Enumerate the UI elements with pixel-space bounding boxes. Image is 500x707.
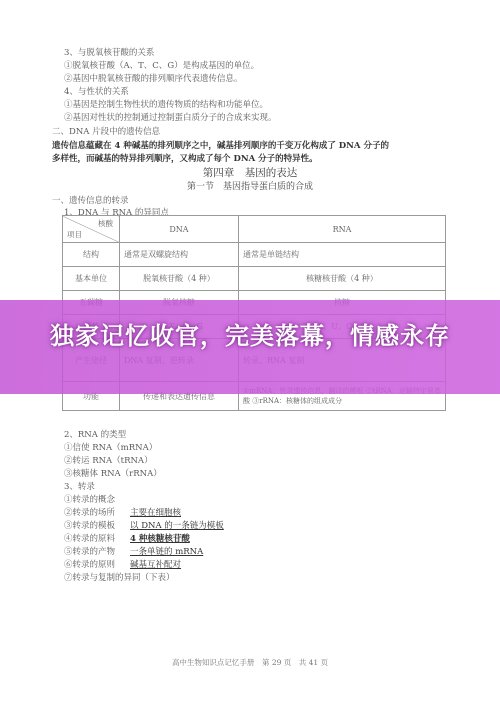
rna-cell: 通常是单链结构 [239, 243, 446, 267]
list-item: ③核糖体 RNA（rRNA） [64, 469, 162, 480]
section-title: 第一节 基因指导蛋白质的合成 [0, 182, 500, 193]
table-header-row: 核酸 项目 DNA RNA [63, 216, 446, 243]
list-item-label: ③转录的模板 [64, 521, 115, 532]
doc-line: ②基因中脱氧核苷酸的排列顺序代表遗传信息。 [64, 74, 243, 85]
doc-line: ①脱氧核苷酸（A、T、C、G）是构成基因的单位。 [64, 61, 259, 72]
list-item-value: 一条单链的 mRNA [130, 547, 203, 558]
list-item: ②转运 RNA（tRNA） [64, 456, 153, 467]
list-item-label: ⑤转录的产物 [64, 547, 115, 558]
table-row: 结构 通常是双螺旋结构 通常是单链结构 [63, 243, 446, 267]
list-item: ①信使 RNA（mRNA） [64, 443, 157, 454]
list-item-label: ⑥转录的原则 [64, 560, 115, 571]
rna-cell: 核糖核苷酸（4 种） [239, 267, 446, 291]
list-item-label: ①转录的概念 [64, 495, 115, 506]
column-header-dna: DNA [120, 216, 239, 243]
list-item-value: 4 种核糖核苷酸 [130, 534, 190, 545]
corner-top-label: 核酸 [98, 218, 113, 229]
list-item-label: ⑦转录与复制的异同（下表） [64, 573, 175, 584]
bold-paragraph-line: 遗传信息蕴藏在 4 种碱基的排列顺序之中，碱基排列顺序的千变万化构成了 DNA … [52, 141, 389, 152]
row-item: 基本单位 [63, 267, 120, 291]
section-heading: 二、DNA 片段中的遗传信息 [52, 127, 160, 138]
list-item-label: ④转录的原料 [64, 534, 115, 545]
list-item-value: 碱基互补配对 [130, 560, 181, 571]
table-row: 基本单位 脱氧核苷酸（4 种） 核糖核苷酸（4 种） [63, 267, 446, 291]
doc-line: ①基因是控制生物性状的遗传物质的结构和功能单位。 [64, 100, 268, 111]
subsection-heading: 2、RNA 的类型 [64, 430, 126, 441]
doc-line: ②基因对性状的控制通过控制蛋白质分子的合成来实现。 [64, 113, 277, 124]
column-header-rna: RNA [239, 216, 446, 243]
bold-paragraph-line: 多样性，而碱基的特异排列顺序，又构成了每个 DNA 分子的特异性。 [52, 154, 318, 165]
list-item-label: ②转录的场所 [64, 508, 115, 519]
subsection-heading: 3、转录 [64, 482, 95, 493]
page-footer: 高中生物知识点记忆手册 第 29 页 共 41 页 [0, 657, 500, 668]
corner-bottom-label: 项目 [67, 229, 82, 240]
doc-line: 3、与脱氧核苷酸的关系 [64, 48, 154, 59]
dna-cell: 通常是双螺旋结构 [120, 243, 239, 267]
row-item: 结构 [63, 243, 120, 267]
chapter-title: 第四章 基因的表达 [0, 168, 500, 179]
doc-line: 4、与性状的关系 [64, 87, 129, 98]
subsection-heading: 一、遗传信息的转录 [52, 196, 129, 207]
dna-cell: 脱氧核苷酸（4 种） [120, 267, 239, 291]
list-item-value: 以 DNA 的一条链为模板 [130, 521, 224, 532]
headline-text: 独家记忆收官，完美落幕，情感永存 [40, 319, 460, 354]
table-corner-cell: 核酸 项目 [63, 216, 120, 243]
list-item-value: 主要在细胞核 [130, 508, 181, 519]
